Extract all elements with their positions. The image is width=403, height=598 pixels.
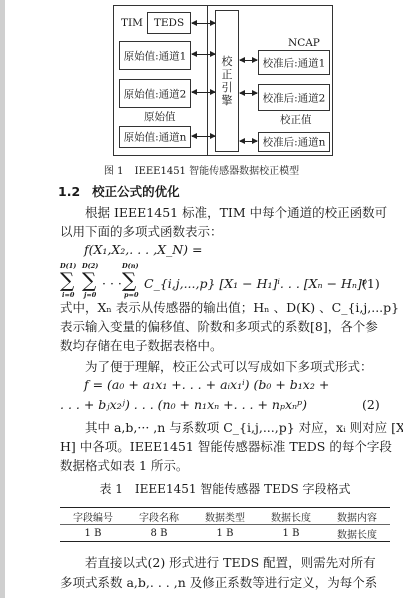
equation-1-number: (1): [362, 276, 380, 291]
sum3-sigma: ∑: [122, 270, 136, 290]
calibration-engine-box: 校正引擎: [215, 10, 239, 152]
calibrated-channel-n-box: 校准后:通道n: [258, 132, 330, 152]
sum2-sigma: ∑: [82, 270, 96, 290]
paragraph-5-line-2: 多项式系数 a,b,. . . ,n 及修正系数等进行定义，为每个系: [60, 573, 392, 592]
table-header-row: 字段编号 字段名称 数据类型 数据长度 数据内容: [60, 508, 390, 525]
raw-channel-n-label: 原始值:通道n: [120, 130, 190, 145]
table-cell: 1 B: [60, 525, 126, 542]
arrow-engine-cal2: [240, 93, 257, 94]
paragraph-2-line-3: 数均存储在电子数据表格中。: [60, 336, 392, 355]
calibrated-channel-2-box: 校准后:通道2: [258, 84, 330, 111]
figure-caption-number: 图 1: [104, 166, 124, 177]
calibrated-channel-1-label: 校准后:通道1: [259, 55, 329, 70]
raw-group-label: 原始值: [144, 112, 176, 123]
ncap-label: NCAP: [288, 38, 320, 49]
arrow-engine-cal1: [240, 60, 257, 61]
paragraph-5-line-1: 若直接以式(2) 形式进行 TEDS 配置，则需先对所有: [60, 553, 403, 572]
tim-label: TIM: [121, 18, 143, 29]
sum-dots: · · ·: [102, 276, 122, 291]
table-cell: 1 B: [258, 525, 324, 542]
arrow-ch1-engine: [192, 54, 215, 55]
paragraph-1-line-2: 以用下面的多项式函数表示：: [60, 222, 392, 241]
section-heading: 1.2校正公式的优化: [58, 182, 180, 200]
equation-2-line-1: f = (a₀ + a₁x₁ +. . . + aᵢx₁ⁱ) (b₀ + b₁x…: [84, 377, 329, 392]
table-row: 1 B 8 B 1 B 1 B 数据长度: [60, 525, 390, 542]
table-header-cell: 数据内容: [324, 508, 390, 525]
table-caption-number: 表 1: [99, 482, 122, 496]
section-title: 校正公式的优化: [92, 184, 180, 199]
teds-box: TEDS: [147, 12, 191, 34]
table-cell: 数据长度: [324, 525, 390, 542]
equation-2-number: (2): [362, 397, 380, 412]
arrow-engine-caln: [240, 141, 257, 142]
teds-label: TEDS: [148, 17, 190, 29]
equation-1-lhs: f(X₁,X₂,. . . ,X_N) =: [84, 242, 203, 257]
calibrated-channel-n-label: 校准后:通道n: [259, 135, 329, 150]
table-caption: 表 1IEEE1451 智能传感器 TEDS 字段格式: [60, 480, 390, 497]
tim-box: TIM TEDS 原始值:通道1 原始值:通道2 原始值 原始值:通道n: [113, 5, 215, 156]
calibrated-group-label: 校正值: [280, 115, 312, 126]
equation-1-body: C_{i,j,...,p} [X₁ − H₁]ⁱ. . . [Xₙ − Hₙ]ᵖ: [144, 276, 367, 291]
arrow-teds-engine: [192, 23, 215, 24]
paragraph-4-line-3: 数据格式如表 1 所示。: [60, 456, 392, 475]
raw-channel-2-label: 原始值:通道2: [120, 86, 190, 101]
table-header-cell: 字段编号: [60, 508, 126, 525]
raw-channel-2-box: 原始值:通道2: [119, 79, 191, 108]
raw-channel-n-box: 原始值:通道n: [119, 126, 191, 148]
calibrated-channel-2-label: 校准后:通道2: [259, 90, 329, 105]
teds-field-format-table: 字段编号 字段名称 数据类型 数据长度 数据内容 1 B 8 B 1 B 1 B…: [60, 507, 390, 542]
sum1-sigma: ∑: [60, 270, 74, 290]
table-caption-text: IEEE1451 智能传感器 TEDS 字段格式: [135, 482, 351, 496]
figure-calibration-model: TIM TEDS 原始值:通道1 原始值:通道2 原始值 原始值:通道n NCA…: [0, 0, 403, 178]
paragraph-1-line-1: 根据 IEEE1451 标准，TIM 中每个通道的校正函数可: [60, 203, 403, 222]
figure-caption-text: IEEE1451 智能传感器数据校正模型: [135, 166, 299, 177]
paragraph-2-line-2: 表示输入变量的偏移值、阶数和多项式的系数[8]，各个参: [60, 317, 392, 336]
raw-channel-1-box: 原始值:通道1: [119, 41, 191, 70]
table-header-cell: 数据长度: [258, 508, 324, 525]
paragraph-3-line-1: 为了便于理解，校正公式可以写成如下多项式形式：: [60, 357, 403, 376]
arrow-ch2-engine: [192, 92, 215, 93]
paragraph-4-line-2: H] 中各项。IEEE1451 智能传感器标准 TEDS 的每个字段: [60, 437, 392, 456]
paragraph-4-line-1: 其中 a,b,··· ,n 与系数项 C_{i,j,...,p} 对应，xᵢ 则…: [60, 418, 403, 437]
figure-caption: 图 1 IEEE1451 智能传感器数据校正模型: [0, 162, 403, 177]
calibration-engine-label: 校正引擎: [216, 55, 238, 107]
arrow-chn-engine: [192, 136, 215, 137]
table-cell: 1 B: [192, 525, 258, 542]
table-cell: 8 B: [126, 525, 192, 542]
section-number: 1.2: [58, 184, 80, 199]
paragraph-2-line-1: 式中，Xₙ 表示从传感器的输出值；Hₙ 、D(K) 、C_{i,j,...p} …: [60, 298, 392, 317]
table-header-cell: 字段名称: [126, 508, 192, 525]
calibrated-channel-1-box: 校准后:通道1: [258, 50, 330, 75]
table-header-cell: 数据类型: [192, 508, 258, 525]
raw-channel-1-label: 原始值:通道1: [120, 48, 190, 63]
equation-2-line-2: . . . + bⱼx₂ʲ) . . . (n₀ + n₁xₙ +. . . +…: [60, 397, 307, 412]
